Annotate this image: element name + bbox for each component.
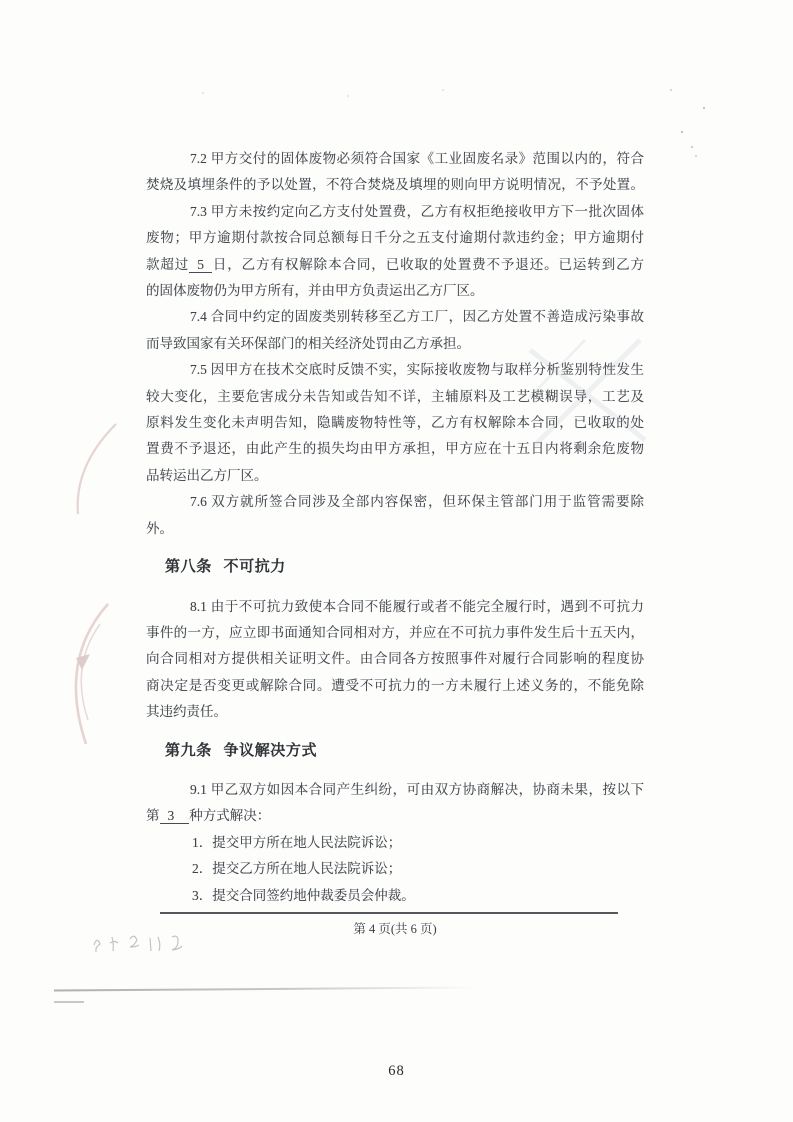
article-title: 争议解决方式 bbox=[224, 743, 318, 759]
text-line: 7.3 甲方未按约定向乙方支付处置费，乙方有权拒绝接收甲方下一批次固体 bbox=[146, 199, 644, 225]
clause-8-1: 8.1 由于不可抗力致使本合同不能履行或者不能完全履行时，遇到不可抗力 事件的一… bbox=[146, 594, 644, 726]
clause-7-2: 7.2 甲方交付的固体废物必须符合国家《工业固废名录》范围以内的，符合 焚烧及填… bbox=[146, 146, 644, 199]
scan-speck bbox=[703, 107, 705, 109]
article-number: 第九条 bbox=[165, 743, 212, 759]
text-line: 第3种方式解决： bbox=[146, 803, 644, 829]
text-line: 商决定是否变更或解除合同。遭受不可抗力的一方未履行上述义务的，不能免除 bbox=[146, 673, 644, 699]
scan-speck bbox=[347, 95, 349, 97]
faint-stamp-mark bbox=[56, 418, 128, 750]
scan-edge-mark bbox=[54, 1001, 84, 1003]
list-item: 1．提交甲方所在地人民法院诉讼； bbox=[146, 830, 644, 856]
article-8-heading: 第八条不可抗力 bbox=[146, 554, 644, 580]
text-segment: 种方式解决： bbox=[189, 808, 270, 823]
scan-speck bbox=[442, 89, 444, 91]
text-line: 9.1 甲乙双方如因本合同产生纠纷，可由双方协商解决，协商未果，按以下 bbox=[146, 777, 644, 803]
text-line: 7.6 双方就所签合同涉及全部内容保密，但环保主管部门用于监管需要除 bbox=[146, 489, 644, 515]
handwriting-mark bbox=[88, 925, 193, 957]
text-line: 事件的一方，应立即书面通知合同相对方，并应在不可抗力事件发生后十五天内， bbox=[146, 620, 644, 646]
footer-divider-line bbox=[160, 912, 618, 914]
scanned-contract-page: 7.2 甲方交付的固体废物必须符合国家《工业固废名录》范围以内的，符合 焚烧及填… bbox=[0, 0, 793, 1122]
article-title: 不可抗力 bbox=[224, 559, 286, 575]
scan-speck bbox=[681, 131, 683, 133]
page-footer-label: 第 4 页(共 6 页) bbox=[146, 919, 644, 937]
scan-bottom-edge bbox=[54, 987, 475, 992]
faint-cross-watermark bbox=[515, 325, 665, 455]
text-segment: 款超过 bbox=[146, 257, 189, 272]
text-line: 的固体废物仍为甲方所有，并由甲方负责运出乙方厂区。 bbox=[146, 278, 644, 304]
scan-speck bbox=[202, 92, 204, 94]
scan-speck bbox=[691, 146, 693, 148]
text-line: 7.2 甲方交付的固体废物必须符合国家《工业固废名录》范围以内的，符合 bbox=[146, 146, 644, 172]
scan-speck bbox=[670, 89, 672, 91]
text-line: 其违约责任。 bbox=[146, 699, 644, 725]
article-number: 第八条 bbox=[165, 559, 212, 575]
text-segment: 第 bbox=[146, 808, 160, 823]
text-segment: 日，乙方有权解除本合同，已收取的处置费不予退还。已运转到乙方 bbox=[212, 257, 644, 272]
text-line: 品转运出乙方厂区。 bbox=[146, 463, 644, 489]
filled-blank-overdue-days: 5 bbox=[189, 257, 212, 273]
filled-blank-method-number: 3 bbox=[160, 808, 190, 824]
text-line: 款超过5日，乙方有权解除本合同，已收取的处置费不予退还。已运转到乙方 bbox=[146, 252, 644, 278]
list-item: 3．提交合同签约地仲裁委员会仲裁。 bbox=[146, 883, 644, 909]
text-line: 焚烧及填埋条件的予以处置，不符合焚烧及填埋的则向甲方说明情况，不予处置。 bbox=[146, 172, 644, 198]
document-page-number: 68 bbox=[0, 1063, 793, 1080]
clause-7-3: 7.3 甲方未按约定向乙方支付处置费，乙方有权拒绝接收甲方下一批次固体 废物；甲… bbox=[146, 199, 644, 305]
text-line: 外。 bbox=[146, 516, 644, 542]
page-content: 7.2 甲方交付的固体废物必须符合国家《工业固废名录》范围以内的，符合 焚烧及填… bbox=[146, 146, 644, 909]
list-item: 2．提交乙方所在地人民法院诉讼； bbox=[146, 856, 644, 882]
text-line: 废物；甲方逾期付款按合同总额每日千分之五支付逾期付款违约金；甲方逾期付 bbox=[146, 225, 644, 251]
article-9-heading: 第九条争议解决方式 bbox=[146, 738, 644, 764]
text-line: 向合同相对方提供相关证明文件。由合同各方按照事件对履行合同影响的程度协 bbox=[146, 646, 644, 672]
clause-7-6: 7.6 双方就所签合同涉及全部内容保密，但环保主管部门用于监管需要除 外。 bbox=[146, 489, 644, 542]
clause-9-1: 9.1 甲乙双方如因本合同产生纠纷，可由双方协商解决，协商未果，按以下 第3种方… bbox=[146, 777, 644, 909]
scan-speck bbox=[695, 155, 697, 157]
text-line: 8.1 由于不可抗力致使本合同不能履行或者不能完全履行时，遇到不可抗力 bbox=[146, 594, 644, 620]
